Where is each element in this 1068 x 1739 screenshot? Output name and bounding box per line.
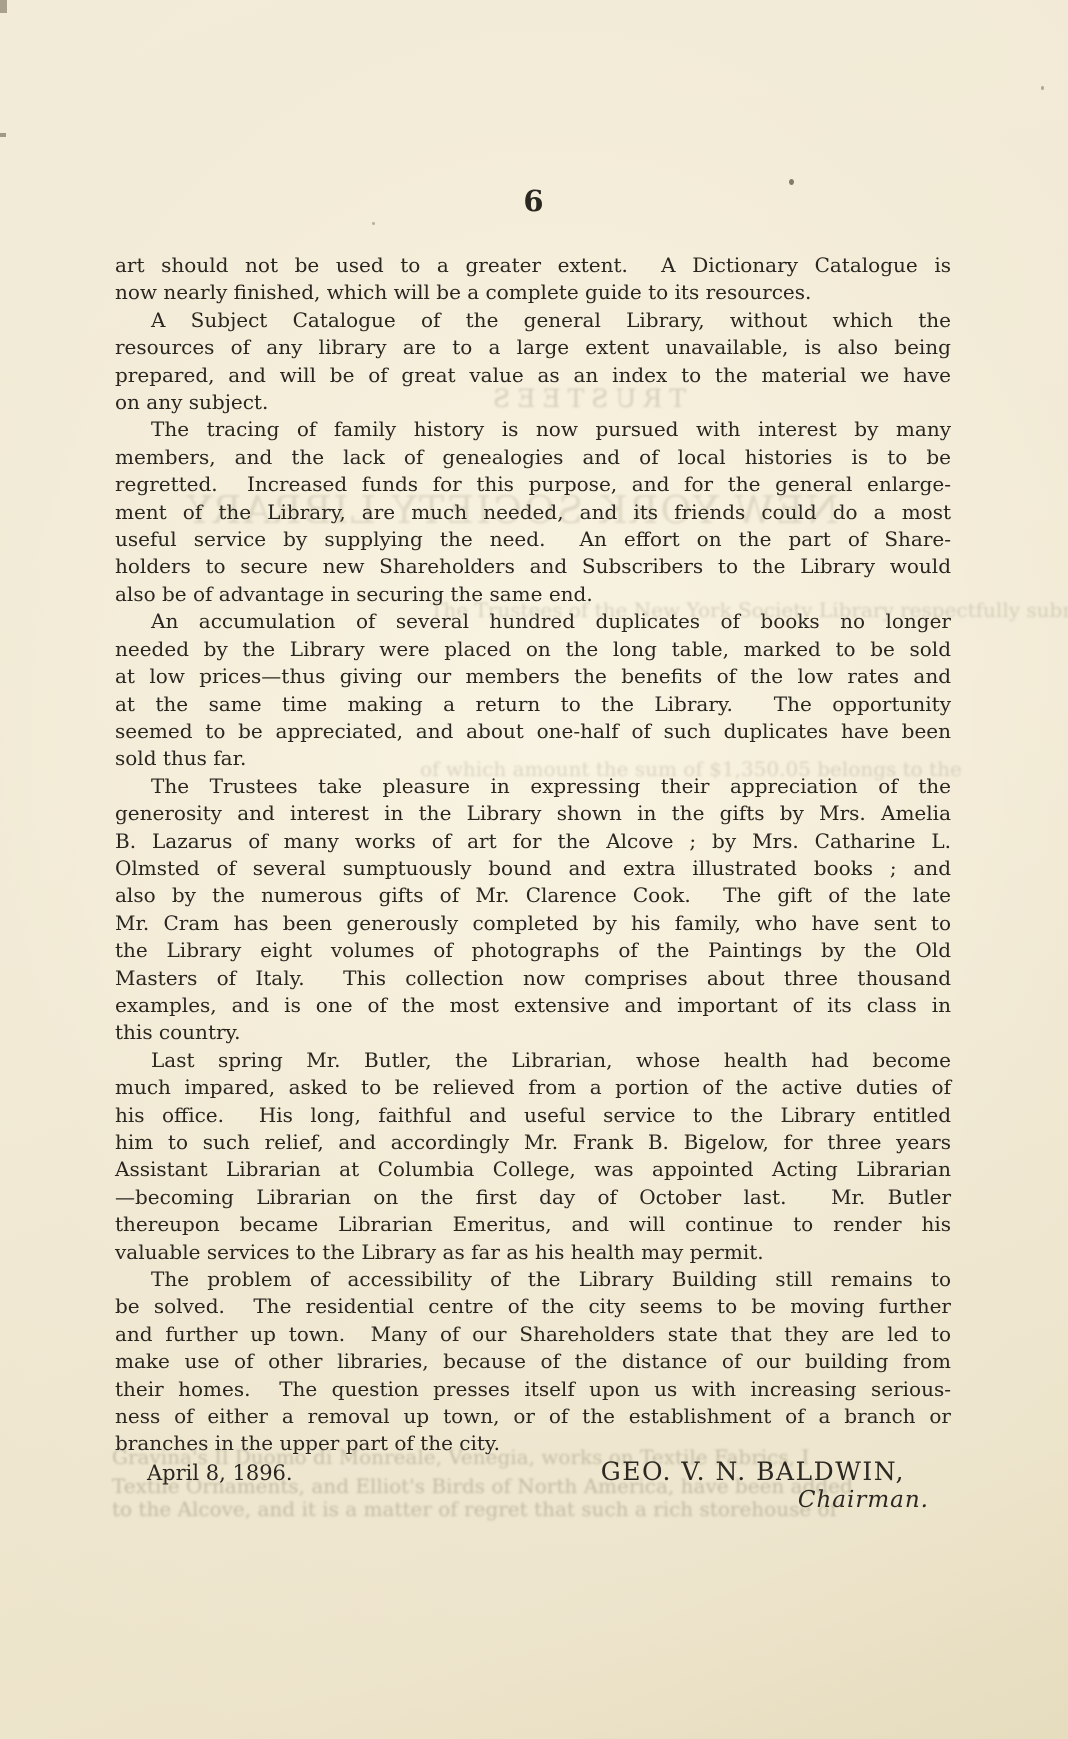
scanned-book-page: TRUSTEESNEW YORK SOCIETY LIBRARYThe Trus… <box>0 0 1068 1739</box>
text-line: resources of any library are to a large … <box>115 334 951 361</box>
text-line: members, and the lack of genealogies and… <box>115 444 951 471</box>
report-body-text: art should not be used to a greater exte… <box>115 252 951 1517</box>
text-line: their homes. The question presses itself… <box>115 1376 951 1403</box>
text-line: art should not be used to a greater exte… <box>115 252 951 279</box>
text-line: examples, and is one of the most extensi… <box>115 992 951 1019</box>
signature-date: April 8, 1896. <box>115 1460 293 1487</box>
text-line: the Library eight volumes of photographs… <box>115 937 951 964</box>
signature-title: Chairman. <box>115 1487 951 1517</box>
signature-row: April 8, 1896. GEO. V. N. BALDWIN, <box>115 1458 951 1487</box>
text-line: Olmsted of several sumptuously bound and… <box>115 855 951 882</box>
text-line: sold thus far. <box>115 745 951 772</box>
text-line: Mr. Cram has been generously completed b… <box>115 910 951 937</box>
paragraphs: art should not be used to a greater exte… <box>115 252 951 1458</box>
paper-speck <box>789 179 794 185</box>
text-line: his office. His long, faithful and usefu… <box>115 1102 951 1129</box>
text-line: —becoming Librarian on the first day of … <box>115 1184 951 1211</box>
text-line: prepared, and will be of great value as … <box>115 362 951 389</box>
text-line: The problem of accessibility of the Libr… <box>115 1266 951 1293</box>
text-line: also be of advantage in securing the sam… <box>115 581 951 608</box>
text-line: The Trustees take pleasure in expressing… <box>115 773 951 800</box>
paper-speck <box>1041 86 1044 90</box>
text-line: generosity and interest in the Library s… <box>115 800 951 827</box>
text-line: Masters of Italy. This collection now co… <box>115 965 951 992</box>
text-line: An accumulation of several hundred dupli… <box>115 608 951 635</box>
text-line: useful service by supplying the need. An… <box>115 526 951 553</box>
page-number: 6 <box>0 186 1068 216</box>
text-line: make use of other libraries, because of … <box>115 1348 951 1375</box>
text-line: this country. <box>115 1019 951 1046</box>
text-line: much impared, asked to be relieved from … <box>115 1074 951 1101</box>
text-line: seemed to be appreciated, and about one-… <box>115 718 951 745</box>
text-line: valuable services to the Library as far … <box>115 1239 951 1266</box>
text-line: Last spring Mr. Butler, the Librarian, w… <box>115 1047 951 1074</box>
text-line: ment of the Library, are much needed, an… <box>115 499 951 526</box>
text-line: ness of either a removal up town, or of … <box>115 1403 951 1430</box>
text-line: holders to secure new Shareholders and S… <box>115 553 951 580</box>
text-line: be solved. The residential centre of the… <box>115 1293 951 1320</box>
text-line: him to such relief, and accordingly Mr. … <box>115 1129 951 1156</box>
text-line: thereupon became Librarian Emeritus, and… <box>115 1211 951 1238</box>
text-line: branches in the upper part of the city. <box>115 1430 951 1457</box>
paper-speck <box>372 222 375 225</box>
text-line: The tracing of family history is now pur… <box>115 416 951 443</box>
text-line: at the same time making a return to the … <box>115 691 951 718</box>
text-line: at low prices—thus giving our members th… <box>115 663 951 690</box>
text-line: regretted. Increased funds for this purp… <box>115 471 951 498</box>
text-line: now nearly finished, which will be a com… <box>115 279 951 306</box>
text-line: Assistant Librarian at Columbia College,… <box>115 1156 951 1183</box>
page-edge-mark <box>0 133 6 137</box>
text-line: needed by the Library were placed on the… <box>115 636 951 663</box>
text-line: A Subject Catalogue of the general Libra… <box>115 307 951 334</box>
page-edge-mark <box>0 0 7 13</box>
signature-name: GEO. V. N. BALDWIN, <box>601 1458 951 1485</box>
text-line: also by the numerous gifts of Mr. Claren… <box>115 882 951 909</box>
text-line: on any subject. <box>115 389 951 416</box>
text-line: B. Lazarus of many works of art for the … <box>115 828 951 855</box>
text-line: and further up town. Many of our Shareho… <box>115 1321 951 1348</box>
